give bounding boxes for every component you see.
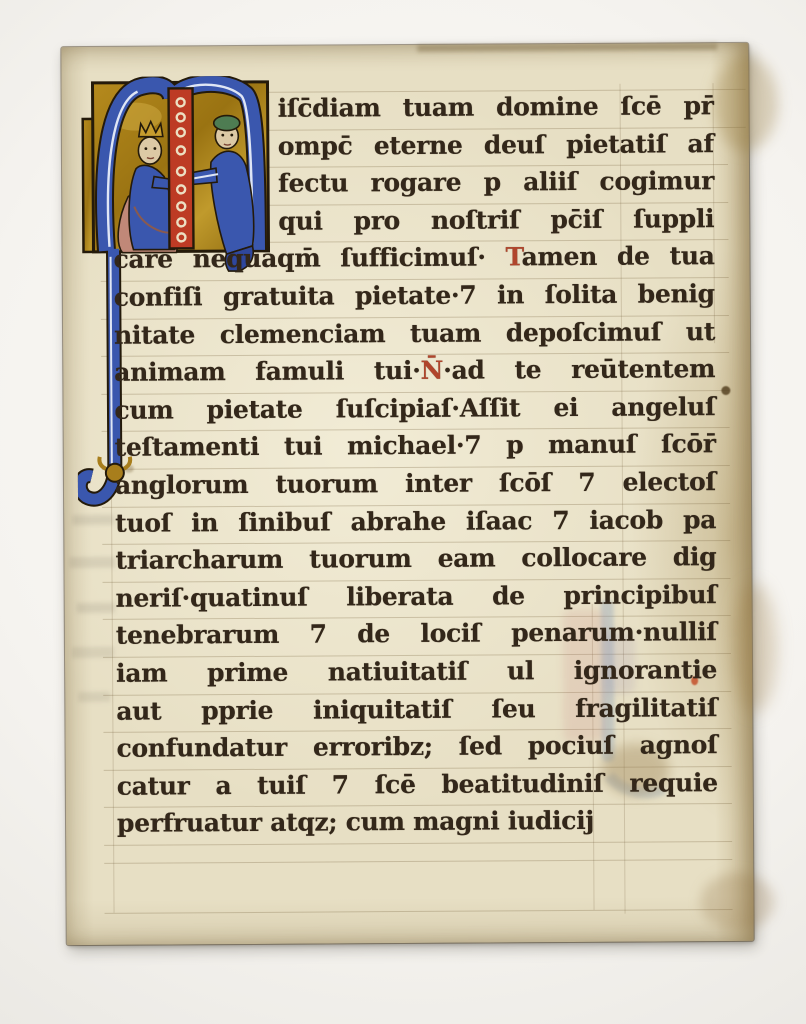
manuscript-line: tuoſ in ſinibuſ abrahe iſaac 7 iacob pa [115,501,716,542]
manuscript-line: confundatur erroribz; ſed pociuſ agnoſ [116,726,717,767]
line-text: ompc̄ eterne deuſ pietatiſ af [278,129,714,161]
ruling-grid [61,43,748,47]
rubric-letter: N̄ [421,356,444,385]
manuscript-line: perfruatur atqz; cum magni iudicij [117,801,718,842]
show-through-text [69,557,115,568]
manuscript-line: nitate clemenciam tuam depoſcimuſ ut [114,313,715,354]
line-text: aut pprie iniquitatiſ ſeu fragilitatiſ [116,693,717,726]
line-text: anglorum tuorum inter ſcōſ 7 electoſ [115,467,716,500]
line-text: triarcharum tuorum eam collocare dig [115,542,716,575]
line-text: iam prime natiuitatiſ ul ignorantie [116,655,717,688]
rubric-letter: T [506,243,522,272]
line-text: tenebrarum 7 de lociſ penarum·nulliſ [116,617,717,650]
manuscript-line: fectu rogare p aliiſ cogimur [278,162,714,202]
manuscript-line: teſtamenti tui michael·7 p manuſ ſcōr̄ [115,425,716,466]
line-text: tuoſ in ſinibuſ abrahe iſaac 7 iacob pa [115,505,716,538]
line-text: animam famuli tui· [114,356,421,387]
stain [417,43,717,52]
stain [713,55,778,151]
show-through-text [77,603,115,613]
manuscript-line: care nequaqm̄ ſufficimuſ· Tamen de tua [113,237,714,278]
ruling-line [104,859,732,864]
line-text: neriſ·quatinuſ liberata de principibuſ [116,580,717,613]
line-text: care nequaqm̄ ſufficimuſ· [113,243,505,274]
manuscript-line: qui pro noſtriſ pc̄iſ ſuppli [278,200,714,240]
ruling-line-vertical [111,487,115,913]
line-text: qui pro noſtriſ pc̄iſ ſuppli [278,204,714,236]
manuscript-line: animam famuli tui·N̄·ad te reūtentem [114,350,715,391]
manuscript-line: iſc̄diam tuam domine ſcē pr̄ [278,87,714,127]
stain [700,873,774,931]
photo-backdrop: iſc̄diam tuam domine ſcē pr̄ompc̄ eterne… [0,0,806,1024]
manuscript-leaf: iſc̄diam tuam domine ſcē pr̄ompc̄ eterne… [61,43,753,945]
manuscript-line: ompc̄ eterne deuſ pietatiſ af [278,125,714,165]
manuscript-line: neriſ·quatinuſ liberata de principibuſ [116,576,717,617]
text-block: iſc̄diam tuam domine ſcē pr̄ompc̄ eterne… [113,87,719,843]
manuscript-line: triarcharum tuorum eam collocare dig [115,538,716,579]
manuscript-line: aut pprie iniquitatiſ ſeu fragilitatiſ [116,689,717,730]
line-text: perfruatur atqz; cum magni iudicij [117,806,594,838]
line-text: amen de tua [521,241,714,271]
manuscript-line: anglorum tuorum inter ſcōſ 7 electoſ [115,463,716,504]
line-text: nitate clemenciam tuam depoſcimuſ ut [114,317,715,350]
line-text: confiſi gratuita pietate·7 in ſolita ben… [114,279,715,312]
manuscript-line: catur a tuiſ 7 ſcē beatitudiniſ requie [117,764,718,805]
line-text: iſc̄diam tuam domine ſcē pr̄ [278,91,714,123]
line-text: teſtamenti tui michael·7 p manuſ ſcōr̄ [115,429,716,462]
line-text: catur a tuiſ 7 ſcē beatitudiniſ requie [117,768,718,801]
manuscript-line: tenebrarum 7 de lociſ penarum·nulliſ [116,613,717,654]
line-text: fectu rogare p aliiſ cogimur [278,166,714,198]
line-text: ·ad te reūtentem [443,354,715,385]
show-through-text [78,692,110,702]
stain [733,583,778,713]
line-text: confundatur erroribz; ſed pociuſ agnoſ [116,730,717,763]
manuscript-line: confiſi gratuita pietate·7 in ſolita ben… [114,275,715,316]
manuscript-line: iam prime natiuitatiſ ul ignorantie [116,651,717,692]
ruling-line [105,909,733,914]
line-text: cum pietate ſuſcipiaſ·Aſſit ei angeluſ [114,392,715,425]
manuscript-line: cum pietate ſuſcipiaſ·Aſſit ei angeluſ [114,388,715,429]
